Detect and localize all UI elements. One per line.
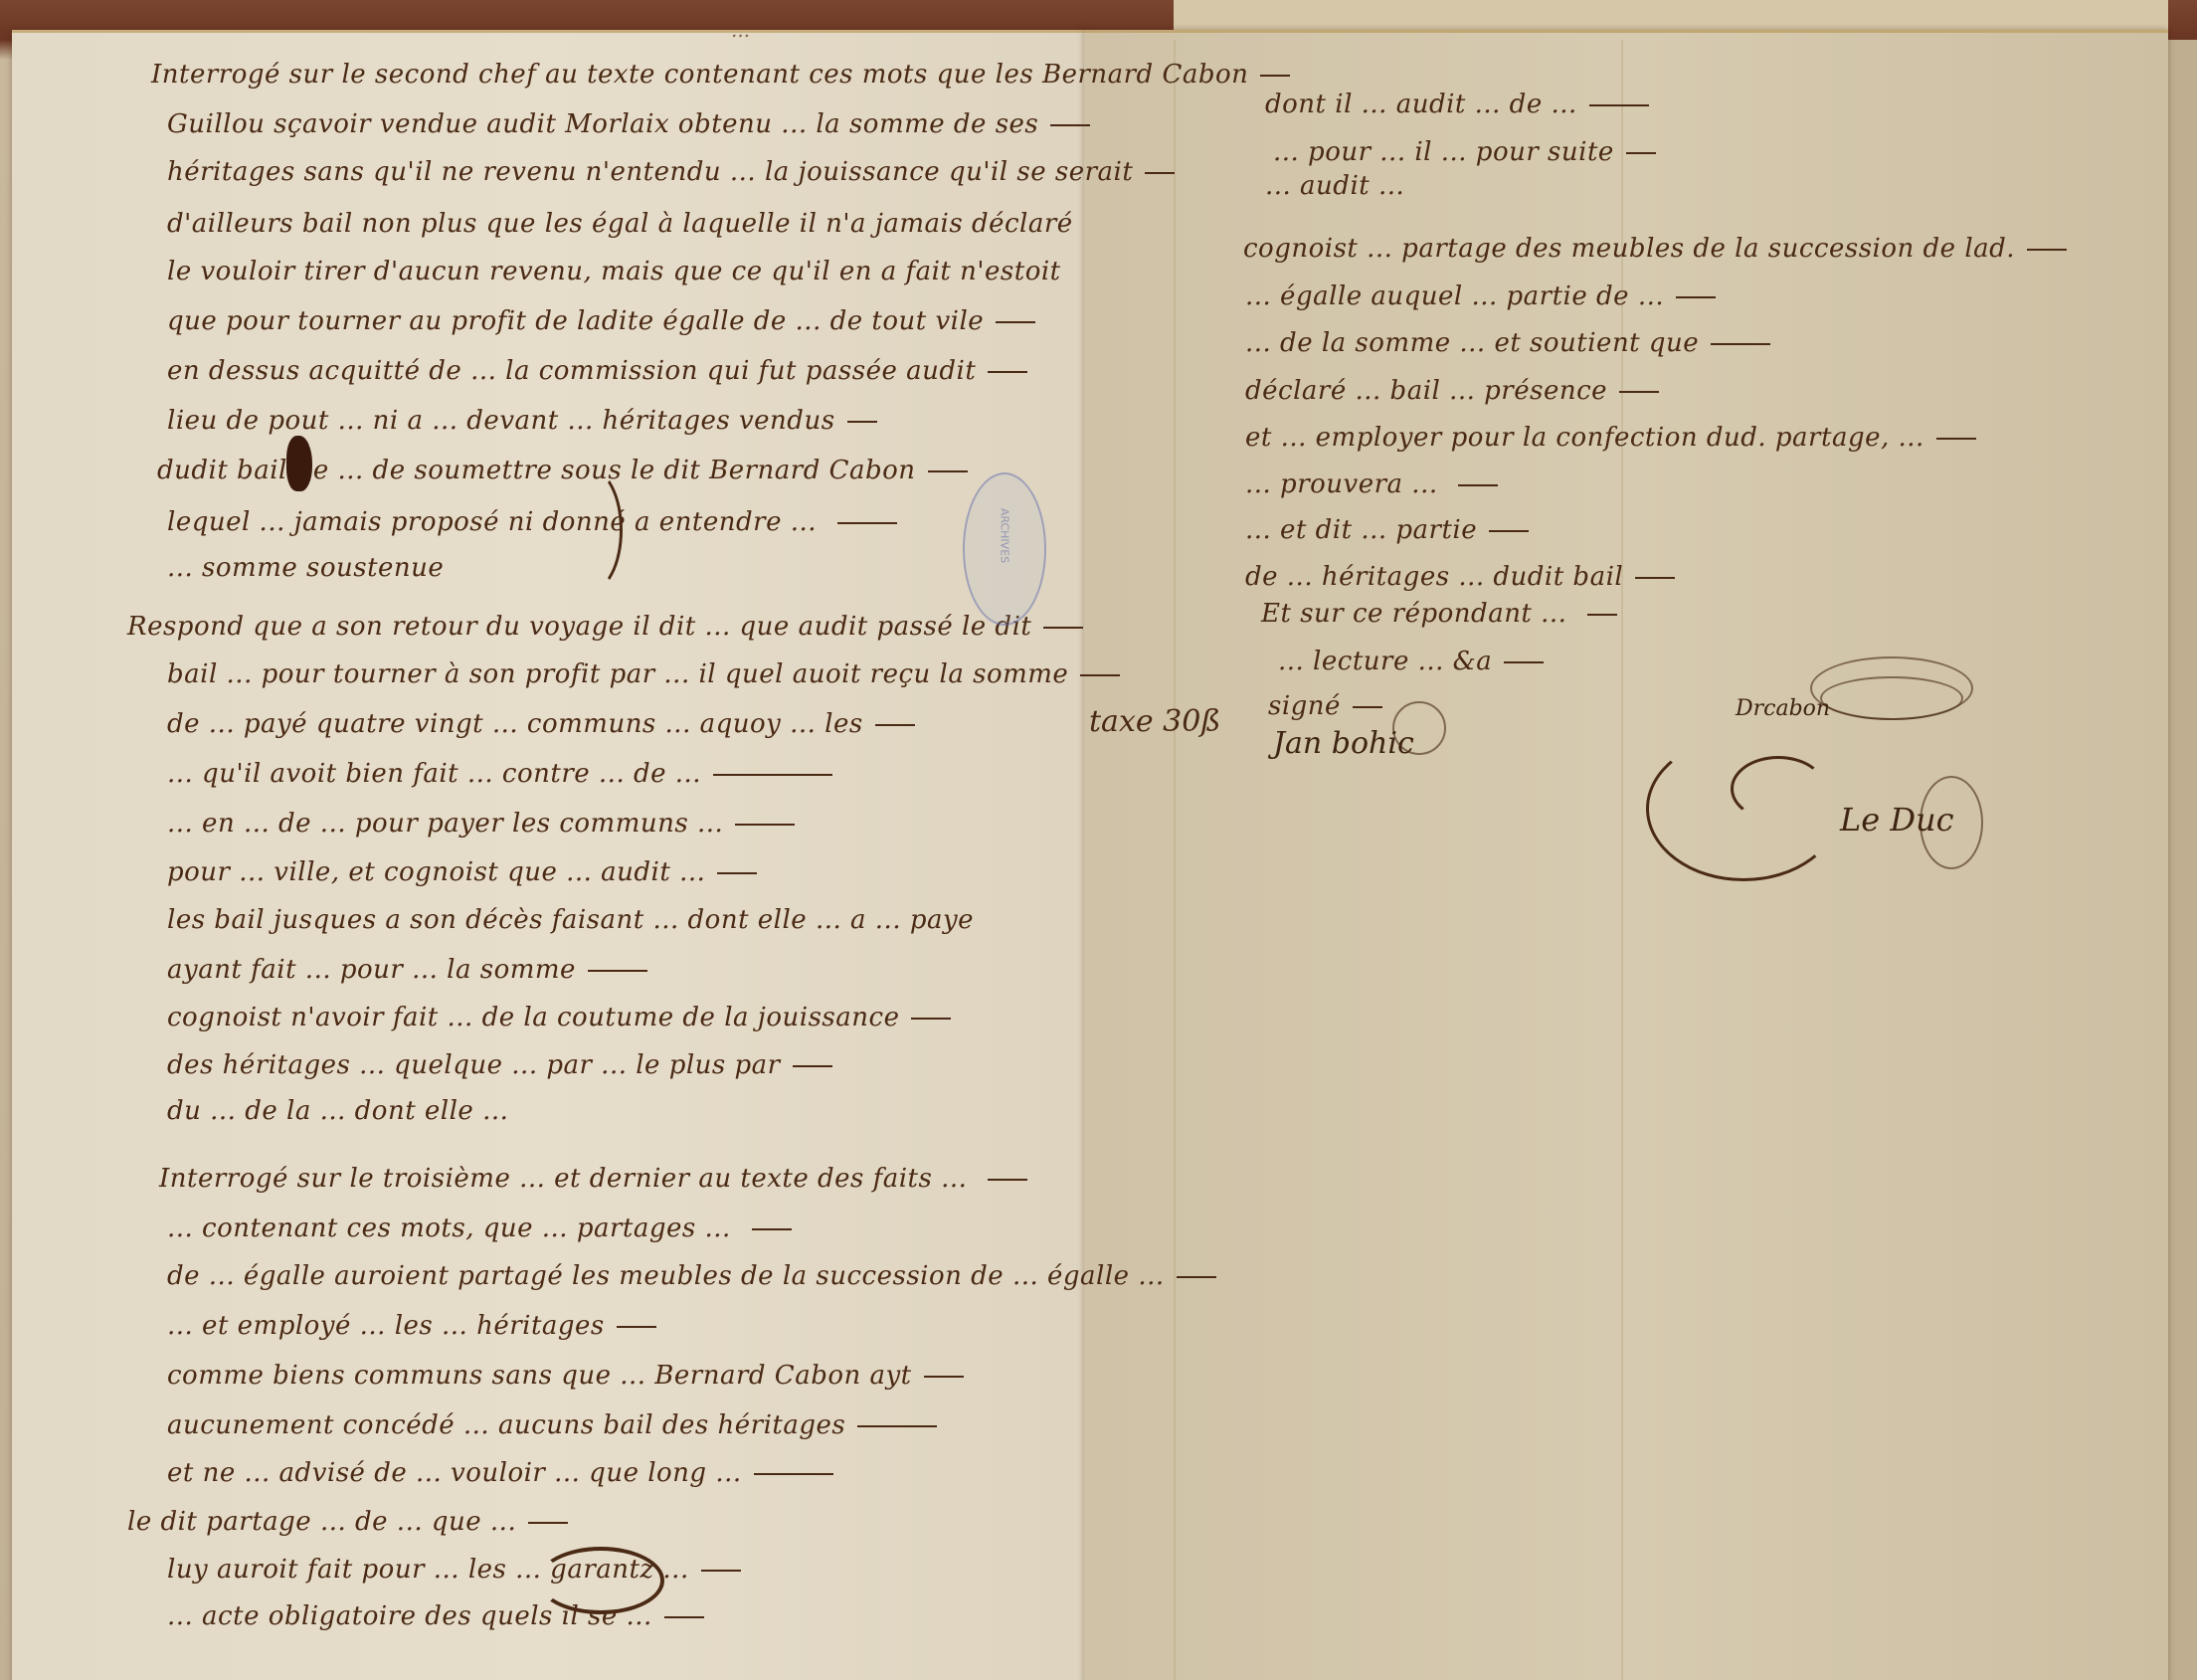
manuscript-line: déclaré ... bail ... présence <box>1245 376 1659 406</box>
signature-flourish <box>1392 701 1446 755</box>
manuscript-line: lieu de pout ... ni a ... devant ... hér… <box>167 406 877 436</box>
manuscript-line: Guillou sçavoir vendue audit Morlaix obt… <box>167 109 1090 139</box>
manuscript-line: ... audit ... <box>1265 171 1404 201</box>
manuscript-line: Interrogé sur le second chef au texte co… <box>151 60 1290 90</box>
manuscript-line: de ... héritages ... dudit bail <box>1245 562 1675 592</box>
manuscript-line: ... et employé ... les ... héritages <box>167 1311 656 1341</box>
paper-fold <box>1174 40 1176 1680</box>
manuscript-line: dudit bail ne ... de soumettre sous le d… <box>157 456 968 485</box>
manuscript-line: le dit partage ... de ... que ... <box>127 1507 568 1537</box>
manuscript-line: ... somme soustenue <box>167 553 444 583</box>
right-page <box>1084 30 2168 1680</box>
manuscript-line: d'ailleurs bail non plus que les égal à … <box>167 209 1073 239</box>
manuscript-line: Et sur ce répondant ... <box>1261 599 1617 629</box>
closing-flourish <box>537 1547 664 1614</box>
manuscript-line: que pour tourner au profit de ladite éga… <box>167 306 1035 336</box>
signature-flourish <box>1731 756 1826 822</box>
manuscript-line: comme biens communs sans que ... Bernard… <box>167 1361 964 1391</box>
manuscript-line: Interrogé sur le troisième ... et dernie… <box>159 1164 1027 1194</box>
manuscript-line: des héritages ... quelque ... par ... le… <box>167 1050 832 1080</box>
manuscript-line: du ... de la ... dont elle ... <box>167 1096 508 1126</box>
margin-note-tax: taxe 30ß <box>1089 704 1220 739</box>
manuscript-line: dont il ... audit ... de ... <box>1265 90 1649 119</box>
manuscript-line: le vouloir tirer d'aucun revenu, mais qu… <box>167 257 1061 286</box>
manuscript-line: ... égalle auquel ... partie de ... <box>1245 281 1716 311</box>
manuscript-line: pour ... ville, et cognoist que ... audi… <box>167 857 757 887</box>
manuscript-line: ... lecture ... &a <box>1278 647 1544 676</box>
manuscript-line: ... de la somme ... et soutient que <box>1245 328 1770 358</box>
manuscript-line: en dessus acquitté de ... la commission … <box>167 356 1027 386</box>
manuscript-line: de ... égalle auroient partagé les meubl… <box>167 1261 1216 1291</box>
manuscript-line: ... contenant ces mots, que ... partages… <box>167 1213 792 1243</box>
pen-flourish <box>557 467 623 593</box>
signature-flourish <box>1820 676 1963 720</box>
manuscript-line: ... et dit ... partie <box>1245 515 1529 545</box>
adjacent-sheet-edge <box>2168 40 2197 1680</box>
manuscript-line: et ... employer pour la confection dud. … <box>1245 423 1976 453</box>
manuscript-line: de ... payé quatre vingt ... communs ...… <box>167 709 915 739</box>
manuscript-line: bail ... pour tourner à son profit par .… <box>167 659 1120 689</box>
manuscript-line: ... en ... de ... pour payer les communs… <box>167 809 795 839</box>
header-note: ... <box>731 18 750 42</box>
manuscript-line: signé <box>1268 691 1382 721</box>
archive-stamp: ARCHIVES <box>963 472 1046 626</box>
manuscript-line: ... pour ... il ... pour suite <box>1273 137 1656 167</box>
manuscript-line: ... prouvera ... <box>1245 469 1498 499</box>
manuscript-line: héritages sans qu'il ne revenu n'entendu… <box>167 157 1175 187</box>
manuscript-line: ayant fait ... pour ... la somme <box>167 955 647 985</box>
signature-flourish <box>1920 776 1983 869</box>
manuscript-line: Respond que a son retour du voyage il di… <box>127 612 1083 642</box>
manuscript-line: ... qu'il avoit bien fait ... contre ...… <box>167 759 832 789</box>
manuscript-line: cognoist ... partage des meubles de la s… <box>1243 234 2067 264</box>
ink-blot <box>286 436 312 491</box>
manuscript-line: cognoist n'avoir fait ... de la coutume … <box>167 1003 951 1032</box>
manuscript-line: aucunement concédé ... aucuns bail des h… <box>167 1410 937 1440</box>
manuscript-line: les bail jusques a son décès faisant ...… <box>167 905 974 935</box>
manuscript-line: et ne ... advisé de ... vouloir ... que … <box>167 1458 833 1488</box>
manuscript-line: lequel ... jamais proposé ni donné a ent… <box>167 507 897 537</box>
